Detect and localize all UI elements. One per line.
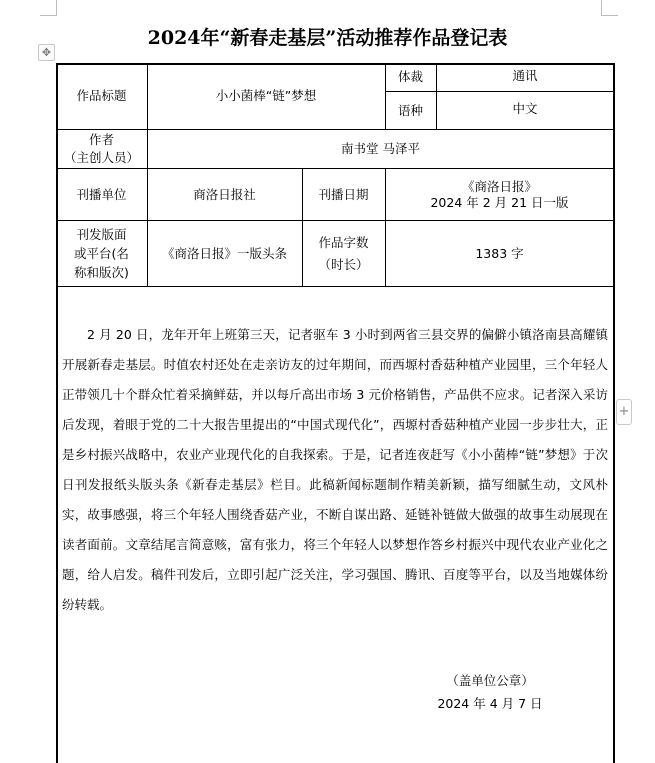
platform-value-text: 《商洛日报》一版头条	[162, 244, 287, 264]
language-value: 中文	[436, 92, 614, 125]
author-label-line1: 作者	[89, 131, 114, 149]
platform-label: 刊发版面 或平台(名 称和版次)	[56, 221, 147, 286]
publisher-label: 刊播单位	[56, 169, 147, 220]
language-label-text: 语种	[398, 101, 423, 121]
title-value-text: 小小菌棒“链”梦想	[216, 86, 316, 106]
platform-label-line2: 或平台(名	[74, 244, 129, 263]
wordcount-label-line2: （时长）	[318, 254, 368, 276]
wordcount-value-text: 1383 字	[475, 244, 523, 264]
page-title: 2024年“新春走基层”活动推荐作品登记表	[0, 23, 655, 50]
author-label: 作者 （主创人员）	[56, 130, 147, 168]
row-divider	[56, 286, 614, 287]
sign-date: 2024 年 4 月 7 日	[380, 694, 600, 712]
genre-label: 体裁	[385, 63, 436, 91]
date-value: 《商洛日报》 2024 年 2 月 21 日一版	[385, 169, 614, 220]
wordcount-value: 1383 字	[385, 221, 614, 286]
wordcount-label-line1: 作品字数	[318, 232, 368, 254]
publisher-value-text: 商洛日报社	[193, 185, 256, 205]
crop-mark-top-left	[40, 0, 57, 16]
platform-label-line3: 称和版次)	[74, 263, 129, 282]
seal-note: （盖单位公章）	[380, 671, 600, 689]
author-label-line2: （主创人员）	[64, 149, 139, 167]
recommendation-paragraph: 2 月 20 日，龙年开年上班第三天，记者驱车 3 小时到两省三县交界的偏僻小镇…	[62, 320, 608, 620]
add-row-icon[interactable]: +	[616, 399, 632, 425]
date-value-line1: 《商洛日报》	[462, 179, 537, 195]
wordcount-label: 作品字数 （时长）	[302, 221, 385, 286]
author-value: 南书堂 马泽平	[147, 130, 614, 168]
language-value-text: 中文	[512, 99, 537, 119]
title-value: 小小菌棒“链”梦想	[147, 63, 385, 129]
publisher-label-text: 刊播单位	[76, 185, 126, 205]
platform-value: 《商洛日报》一版头条	[147, 221, 302, 286]
genre-value: 通讯	[436, 63, 614, 89]
author-value-text: 南书堂 马泽平	[341, 139, 420, 159]
date-label: 刊播日期	[302, 169, 385, 220]
title-label-text: 作品标题	[76, 86, 126, 106]
table-move-handle-icon[interactable]: ✥	[38, 44, 55, 61]
crop-mark-top-right	[601, 0, 618, 16]
platform-label-line1: 刊发版面	[76, 225, 126, 244]
date-label-text: 刊播日期	[318, 185, 368, 205]
genre-value-text: 通讯	[512, 66, 537, 86]
title-label: 作品标题	[56, 63, 147, 129]
genre-label-text: 体裁	[398, 67, 423, 87]
language-label: 语种	[385, 92, 436, 129]
publisher-value: 商洛日报社	[147, 169, 302, 220]
recommendation-text: 2 月 20 日，龙年开年上班第三天，记者驱车 3 小时到两省三县交界的偏僻小镇…	[62, 320, 608, 620]
date-value-line2: 2024 年 2 月 21 日一版	[430, 195, 568, 211]
